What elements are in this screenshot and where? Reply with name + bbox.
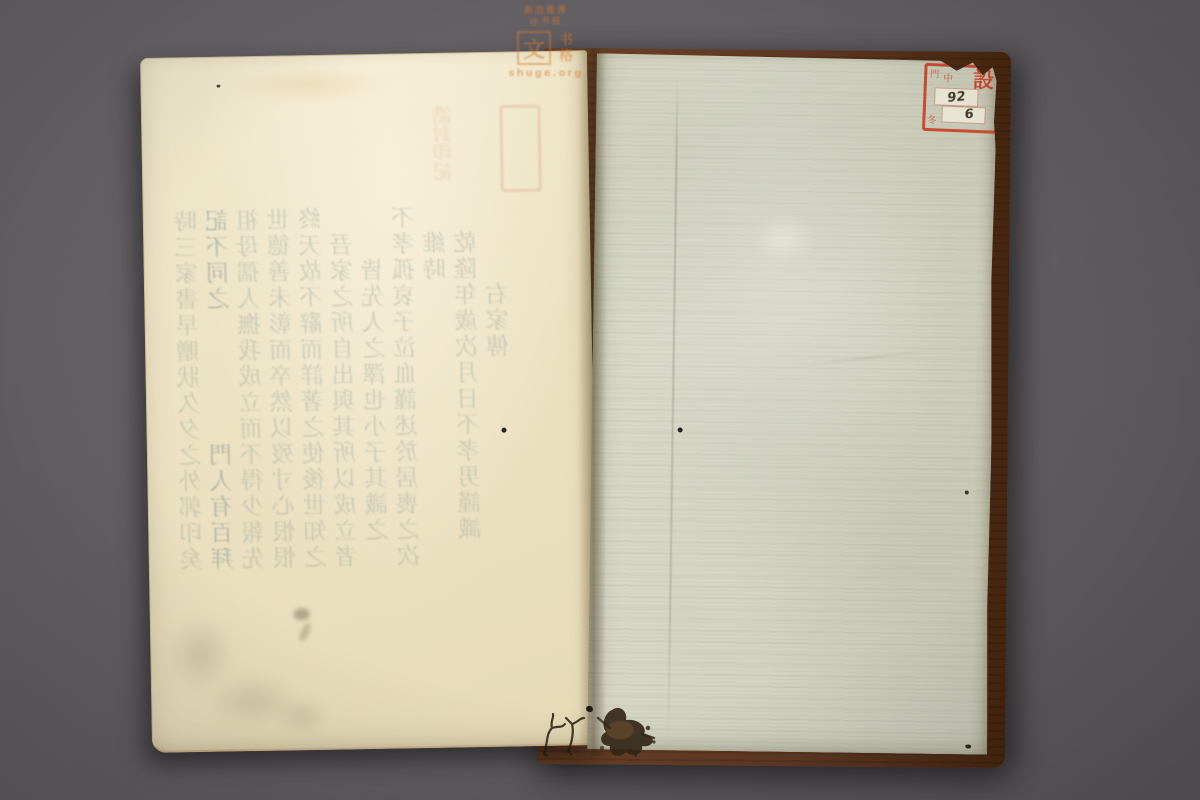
stamp-number-box: 92	[935, 88, 978, 106]
orange-smear-stain	[231, 65, 392, 106]
watermark-text-line1: 新浪微博	[503, 6, 589, 17]
stamp-number-bottom: 6	[965, 107, 975, 122]
bleedthrough-seal: 誥封印記	[424, 101, 544, 199]
stamp-char-top-mid: 中	[943, 70, 954, 85]
watermark-brand: 书格	[555, 32, 575, 64]
left-page: 誥封印記 時三家書早贈狀久夕之外郭印矣記不同之 門人有百拜祖母孺人撫我成立而不得…	[140, 50, 599, 753]
watermark-logo: 文 书格	[503, 31, 589, 65]
light-patch	[754, 215, 815, 262]
ink-speck	[216, 85, 220, 88]
stamp-char-top-left: 門	[930, 67, 940, 80]
ink-blot	[590, 698, 662, 760]
gray-stain	[272, 696, 331, 737]
ink-speck	[965, 744, 971, 748]
bleedthrough-seal-chars: 誥封印記	[430, 104, 502, 195]
stamp-char-bottom-left: 冬	[927, 113, 937, 126]
watermark-site: shuge.org	[503, 68, 589, 79]
watermark-seal-icon: 文	[517, 31, 551, 65]
shuge-watermark: 新浪微博 @书格 文 书格 shuge.org	[503, 6, 589, 100]
accession-stamp: 設 門 中 冬 92 6	[922, 63, 1001, 134]
paper-mottling	[587, 53, 997, 755]
ink-speck	[965, 490, 969, 494]
stamp-number-top: 92	[947, 89, 966, 106]
bleedthrough-seal-frame	[500, 105, 541, 192]
stamp-number-box: 6	[942, 107, 985, 124]
ink-speck	[501, 428, 506, 433]
right-page: 設 門 中 冬 92 6	[587, 53, 997, 755]
photo-backdrop: 誥封印記 時三家書早贈狀久夕之外郭印矣記不同之 門人有百拜祖母孺人撫我成立而不得…	[0, 0, 1200, 800]
watermark-text-line2: @书格	[503, 17, 589, 28]
ink-twig-marks	[538, 712, 590, 758]
ink-speck	[678, 427, 683, 432]
